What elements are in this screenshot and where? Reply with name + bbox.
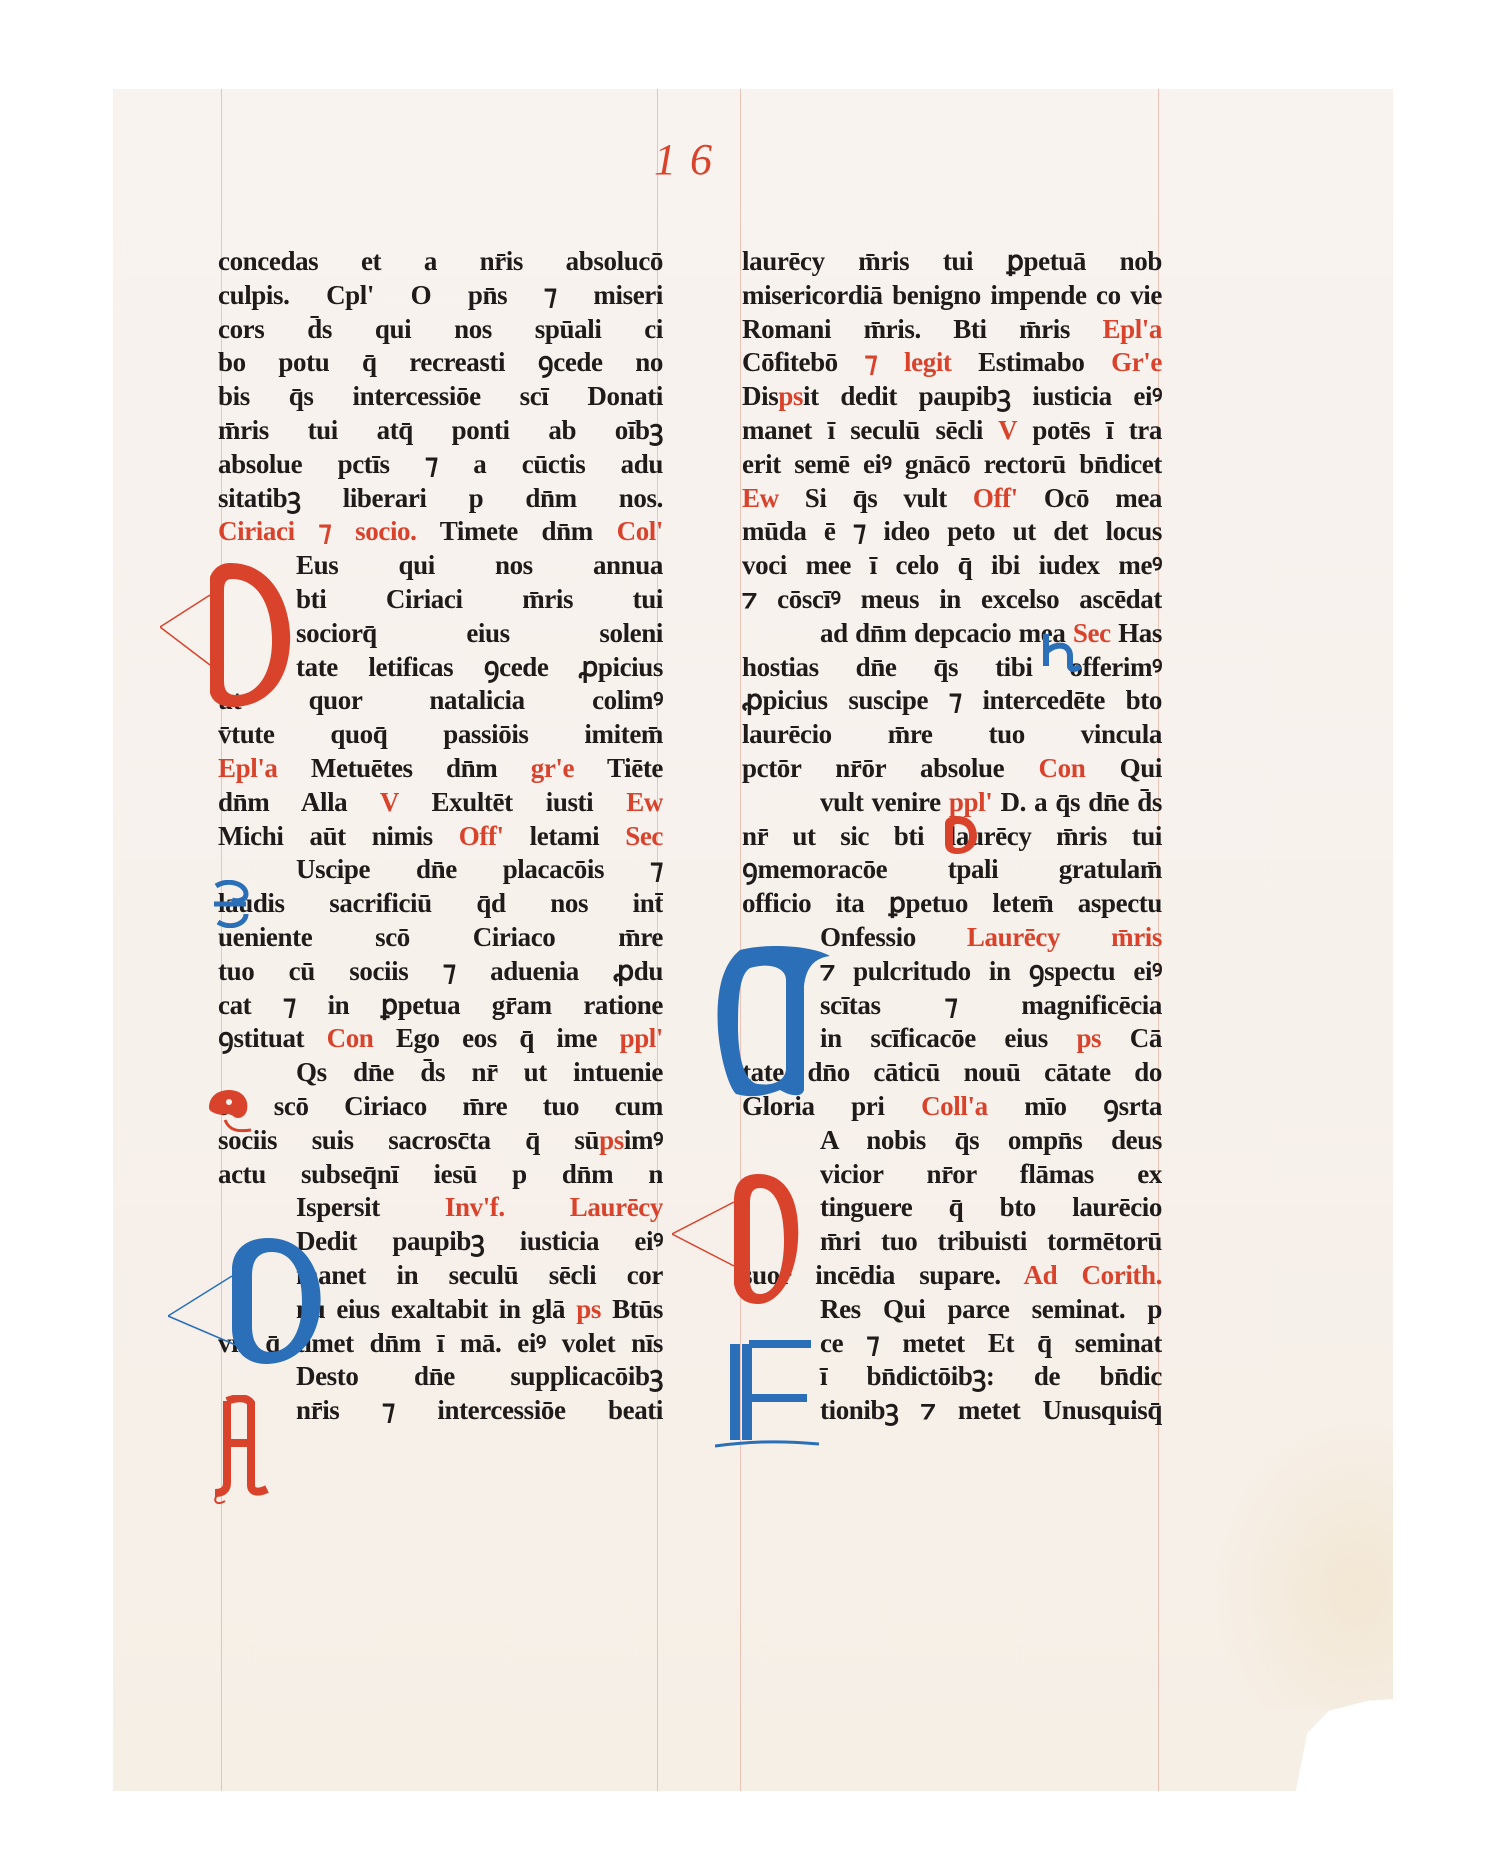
text-line: cors d̄s qui nos spūali ci [218,313,663,347]
text-line: misericordiā benigno impende co vie [742,279,1162,313]
rubric: Col' [617,516,663,546]
rubric: Ciriaci ⁊ socio. [218,516,417,546]
initial-a-glyph-icon [207,1395,277,1505]
text-line: laurēcy m̄ris tui ꝑpetuā nob [742,245,1162,279]
text-line: Qs dn̄e d̄s nr̄ ut intuenie [218,1056,663,1090]
text-line: Dispsit dedit paupibꝫ iusticia eiꝰ [742,380,1162,414]
rubric: ⁊ legit [864,347,951,377]
text-line: erit semē eiꝰ gnācō rectorū bn̄dicet [742,448,1162,482]
text-line: A nobis q̄s ompn̄s deus [742,1124,1162,1158]
text-line: nr̄is ⁊ intercessiōe beati [218,1394,663,1428]
text-line: Ciriaci ⁊ socio. Timete dn̄m Col' [218,515,663,549]
initial-d-blue [168,1236,328,1370]
text-line: sociis suis sacrosc̄ta q̄ sūpsimꝰ [218,1124,663,1158]
initial-f-glyph-icon [715,1336,819,1456]
rubric: Con [327,1023,374,1053]
initial-c-blue [710,946,834,1102]
text-line: mūda ē ⁊ ideo peto ut det locus [742,515,1162,549]
text-line: hostias dn̄e q̄s tibi offerimꝰ [742,651,1162,685]
text-line: Romani m̄ris. Bti m̄ris Epl'a [742,313,1162,347]
text-line: dn̄m Alla V Exultēt iusti Ew [218,786,663,820]
rubric: Inv'f. Laurēcy [445,1192,663,1222]
text-line: ꝯstituat Con Ego eos q̄ ime ppl' [218,1022,663,1056]
text-line: bo potu q̄ recreasti ꝯcede no [218,346,663,380]
initial-f-blue [715,1336,819,1460]
text-line: voci mee ī celo q̄ ibi iudex meꝰ [742,549,1162,583]
text-line: Uscipe dn̄e placacōis ⁊ [218,853,663,887]
text-line: officio ita ꝑpetuo letem̄ aspectu [742,887,1162,921]
initial-s-glyph-icon [206,880,252,928]
initial-d-blue-glyph-icon [168,1236,328,1366]
rubric: ps [1076,1023,1101,1053]
text-line: Cōfitebō ⁊ legit Estimabo Gr'e [742,346,1162,380]
text-line: tuo cū sociis ⁊ aduenia ꝓdu [218,955,663,989]
text-line: ꝓpicius suscipe ⁊ intercedēte bto [742,684,1162,718]
rubric: ppl' [620,1023,663,1053]
text-line: laurēcio m̄re tuo vincula [742,718,1162,752]
rubric: Off' [459,821,504,851]
initial-c-glyph-icon [710,946,834,1098]
rubric: Laurēcy m̄ris [967,922,1162,952]
text-line: Michi aūt nimis Off' letami Sec [218,820,663,854]
rubric: Gr'e [1111,347,1162,377]
text-line: cat ⁊ in ꝑpetua gr̄am ratione [218,989,663,1023]
text-line: ⁊ cōscīꝰ meus in excelso ascēdat [742,583,1162,617]
initial-a-red [207,1395,277,1509]
text-line: tinguere q̄ bto laurēcio [742,1191,1162,1225]
initial-q-red [203,1090,253,1140]
initial-d-red-small [935,812,979,860]
initial-d-red-lower [672,1170,802,1314]
text-line: pctōr nr̄ōr absolue Con Qui [742,752,1162,786]
text-line: suor incēdia supare. Ad Corith. [742,1259,1162,1293]
text-line: manet ī seculū sēcli V potēs ī tra [742,414,1162,448]
initial-d-small-glyph-icon [935,812,979,856]
rubric: Coll'a [921,1091,988,1121]
text-line: laudis sacrificiū q̄d nos int̄ [218,887,663,921]
text-line: ueniente scō Ciriaco m̄re [218,921,663,955]
rubric: ps [778,381,803,411]
text-line: m̄ris tui atq̄ ponti ab oībꝫ [218,414,663,448]
initial-q-glyph-icon [203,1090,253,1136]
ruling-line-right-inner [740,89,741,1791]
text-line: te scō Ciriaco m̄re tuo cum [218,1090,663,1124]
rubric: ps [576,1294,601,1324]
text-line: culpis. Cpl' O pn̄s ⁊ miseri [218,279,663,313]
text-line: sitatibꝫ liberari p dn̄m nos. [218,482,663,516]
text-line: Res Qui parce seminat. p [742,1293,1162,1327]
initial-h-blue [1036,632,1082,676]
rubric: Ad Corith. [1024,1260,1162,1290]
initial-d-red [160,555,300,740]
text-line: concedas et a nr̄is absolucō [218,245,663,279]
initial-d-red-lower-glyph-icon [672,1170,802,1310]
rubric: Sec [625,821,663,851]
rubric: V [998,415,1017,445]
folio-number: 16 [650,134,730,185]
rubric: Epl'a [218,753,278,783]
rubric: Con [1039,753,1086,783]
text-line: actu subseq̄nī iesū p dn̄m n [218,1158,663,1192]
text-line: bis q̄s intercessiōe scī Donati [218,380,663,414]
text-line: Epl'a Metuētes dn̄m gr'e Tiēte [218,752,663,786]
text-line: m̄ri tuo tribuisti tormētorū [742,1225,1162,1259]
rubric: Ew [742,483,779,513]
initial-h-glyph-icon [1036,632,1082,672]
rubric: V [380,787,399,817]
text-line: absolue pctīs ⁊ a cūctis adu [218,448,663,482]
rubric: gr'e [531,753,574,783]
text-line: Ispersit Inv'f. Laurēcy [218,1191,663,1225]
text-line: ad dn̄m depcacio mea Sec Has [742,617,1162,651]
text-line: vicior nr̄or flāmas ex [742,1158,1162,1192]
initial-s-blue [206,880,252,932]
rubric: Off' [973,483,1018,513]
rubric: ps [599,1125,624,1155]
rubric: Ew [626,787,663,817]
initial-d-glyph-icon [160,555,300,715]
rubric: Epl'a [1102,314,1162,344]
text-line: Ew Si q̄s vult Off' Ocō mea [742,482,1162,516]
